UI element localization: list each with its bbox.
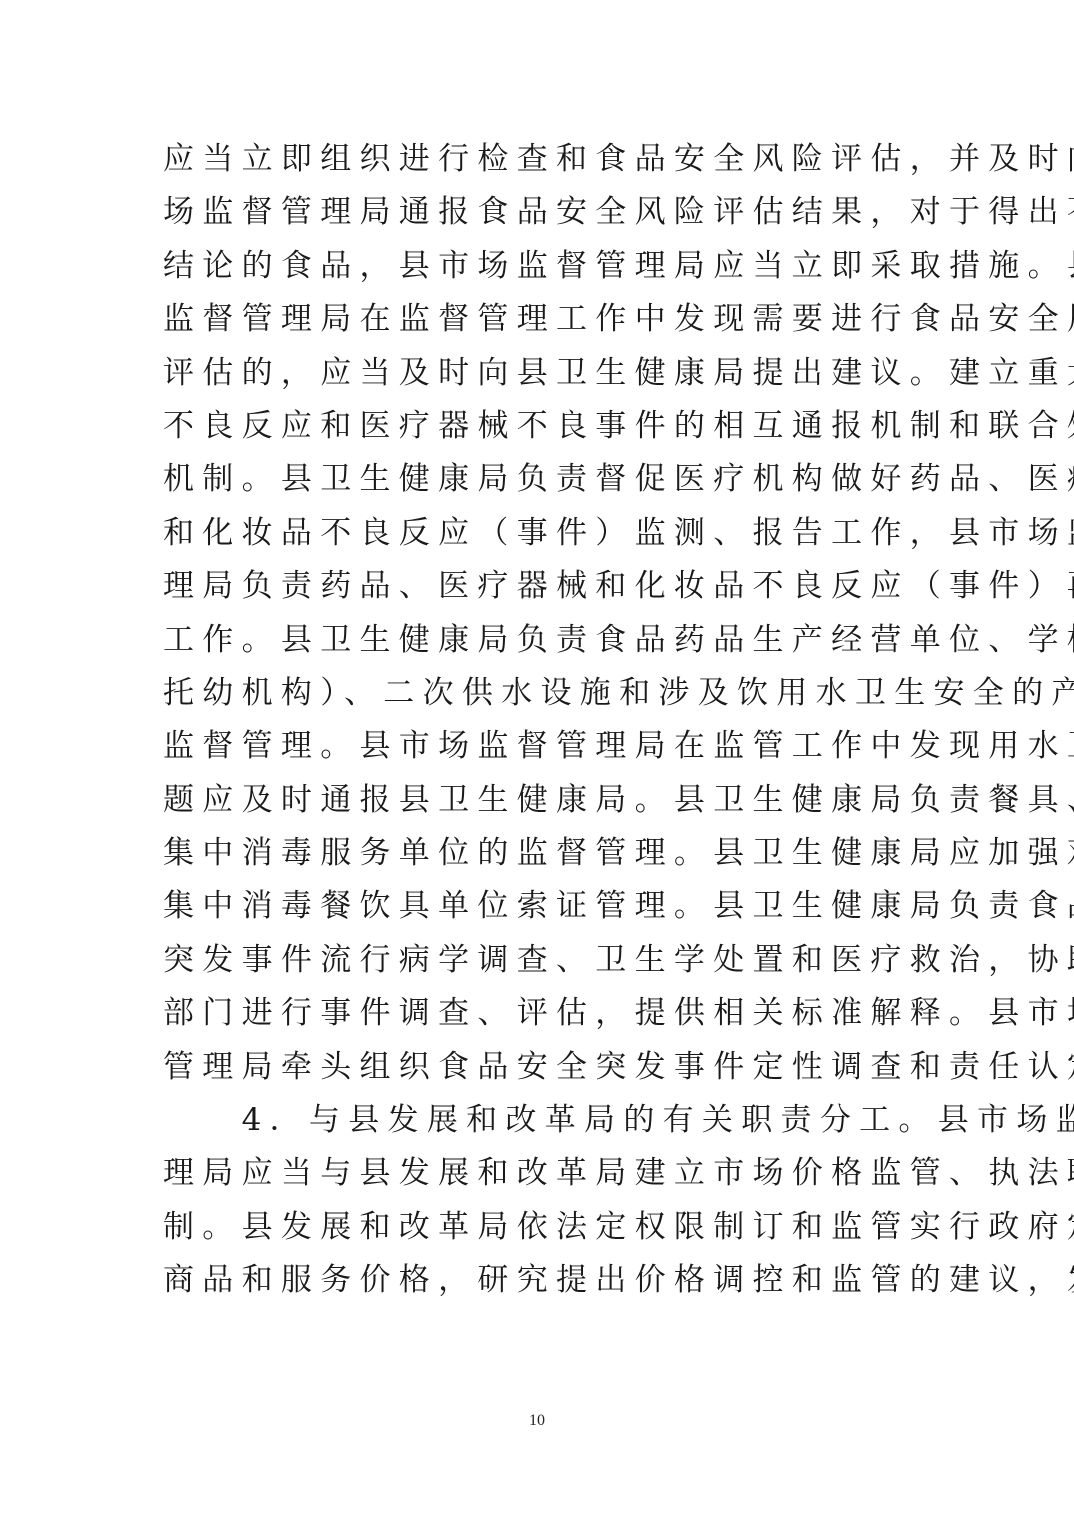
text-line: 监督管理局在监督管理工作中发现需要进行食品安全风险 [163, 293, 923, 346]
text-line: 商品和服务价格，研究提出价格调控和监管的建议，发现涉 [163, 1254, 923, 1307]
text-line: 理局负责药品、医疗器械和化妆品不良反应（事件）再评价 [163, 560, 923, 613]
text-line: 场监督管理局通报食品安全风险评估结果，对于得出不安全 [163, 186, 923, 239]
text-line: 集中消毒服务单位的监督管理。县卫生健康局应加强对使用 [163, 827, 923, 880]
text-line: 制。县发展和改革局依法定权限制订和监管实行政府定价的 [163, 1201, 923, 1254]
body-text: 应当立即组织进行检查和食品安全风险评估，并及时向县市 场监督管理局通报食品安全风… [163, 133, 923, 1308]
section-heading-line: 4．与县发展和改革局的有关职责分工。县市场监督管 [163, 1094, 923, 1147]
text-line: 理局应当与县发展和改革局建立市场价格监管、执法联动机 [163, 1147, 923, 1200]
text-line: 集中消毒餐饮具单位索证管理。县卫生健康局负责食品安全 [163, 880, 923, 933]
page-number: 10 [0, 1412, 1074, 1430]
document-page: 应当立即组织进行检查和食品安全风险评估，并及时向县市 场监督管理局通报食品安全风… [0, 0, 1074, 1520]
text-line: 托幼机构）、二次供水设施和涉及饮用水卫生安全的产品的 [163, 667, 923, 720]
text-line: 题应及时通报县卫生健康局。县卫生健康局负责餐具、饮具 [163, 774, 923, 827]
text-line: 工作。县卫生健康局负责食品药品生产经营单位、学校（含 [163, 614, 923, 667]
text-line: 部门进行事件调查、评估，提供相关标准解释。县市场监督 [163, 987, 923, 1040]
text-line: 监督管理。县市场监督管理局在监管工作中发现用水卫生问 [163, 720, 923, 773]
text-line: 机制。县卫生健康局负责督促医疗机构做好药品、医疗器械 [163, 453, 923, 506]
text-line: 突发事件流行病学调查、卫生学处置和医疗救治，协助相关 [163, 934, 923, 987]
text-line: 结论的食品，县市场监督管理局应当立即采取措施。县市场 [163, 240, 923, 293]
text-line: 评估的，应当及时向县卫生健康局提出建议。建立重大药品 [163, 347, 923, 400]
text-line: 管理局牵头组织食品安全突发事件定性调查和责任认定。 [163, 1041, 923, 1094]
text-line: 应当立即组织进行检查和食品安全风险评估，并及时向县市 [163, 133, 923, 186]
text-line: 和化妆品不良反应（事件）监测、报告工作，县市场监督管 [163, 507, 923, 560]
text-line: 不良反应和医疗器械不良事件的相互通报机制和联合处置 [163, 400, 923, 453]
